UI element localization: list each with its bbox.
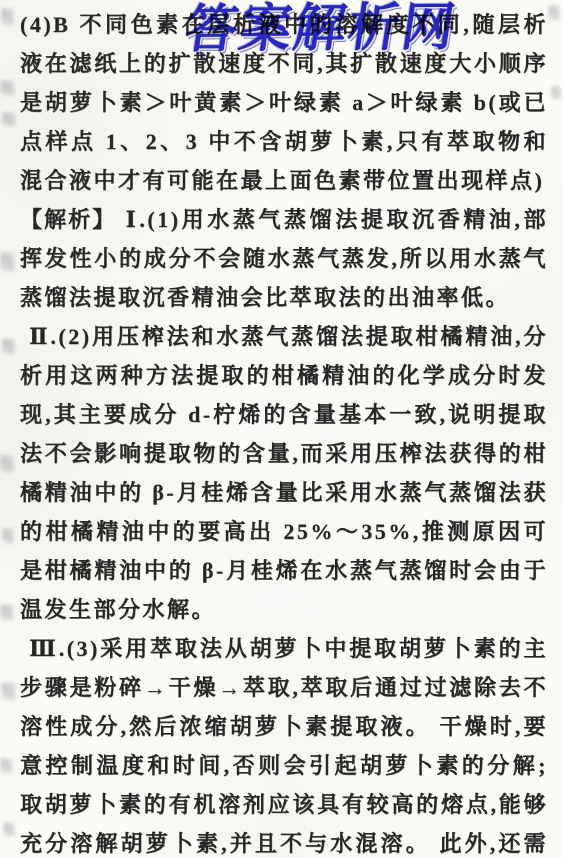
scanned-answer-page: (4)B 不同色素在层析液中的溶解度不同,随层析 液在滤纸上的扩散速度不同,其扩…: [0, 0, 563, 858]
text-line: 意控制温度和时间,否则会引起胡萝卜素的分解;萃: [20, 746, 548, 785]
text-line: Ⅱ.(2)用压榨法和水蒸气蒸馏法提取柑橘精油,分: [20, 317, 548, 356]
text-line: 取胡萝卜素的有机溶剂应该具有较高的熔点,能够: [20, 785, 548, 824]
text-line: 液在滤纸上的扩散速度不同,其扩散速度大小顺序: [20, 44, 548, 83]
text-line: 温发生部分水解。: [20, 590, 548, 629]
text-line: (4)B 不同色素在层析液中的溶解度不同,随层析: [20, 5, 548, 44]
text-line: Ⅲ.(3)采用萃取法从胡萝卜中提取胡萝卜素的主要: [20, 629, 548, 668]
text-line: 的柑橘精油中的要高出 25%～35%,推测原因可能: [20, 512, 548, 551]
text-line: 点样点 1、2、3 中不含胡萝卜素,只有萃取物和色素: [20, 122, 548, 161]
analysis-label: 【解析】: [20, 207, 116, 232]
text-line: 法不会影响提取物的含量,而采用压榨法获得的柑: [20, 434, 548, 473]
text-line: 橘精油中的 β-月桂烯含量比采用水蒸气蒸馏法获得: [20, 473, 548, 512]
text-line: 析用这两种方法提取的柑橘精油的化学成分时发: [20, 356, 548, 395]
text-line: 挥发性小的成分不会随水蒸气蒸发,所以用水蒸气: [20, 239, 548, 278]
text-line: 蒸馏法提取沉香精油会比萃取法的出油率低。: [20, 278, 548, 317]
answer-text-block: (4)B 不同色素在层析液中的溶解度不同,随层析 液在滤纸上的扩散速度不同,其扩…: [0, 0, 563, 858]
text-line: 充分溶解胡萝卜素,并且不与水混溶。 此外,还需要: [20, 824, 548, 858]
text-line: 步骤是粉碎→干燥→萃取,萃取后通过过滤除去不: [20, 668, 548, 707]
text-line: 混合液中才有可能在最上面色素带位置出现样点): [20, 161, 548, 200]
text-line: 现,其主要成分 d-柠烯的含量基本一致,说明提取方: [20, 395, 548, 434]
text-line: 【解析】 Ⅰ.(1)用水蒸气蒸馏法提取沉香精油,部分: [20, 200, 548, 239]
text-line: 溶性成分,然后浓缩胡萝卜素提取液。 干燥时,要注: [20, 707, 548, 746]
text-line: 是胡萝卜素＞叶黄素＞叶绿素 a＞叶绿素 b(或已知: [20, 83, 548, 122]
text-line: 是柑橘精油中的 β-月桂烯在水蒸气蒸馏时会由于高: [20, 551, 548, 590]
